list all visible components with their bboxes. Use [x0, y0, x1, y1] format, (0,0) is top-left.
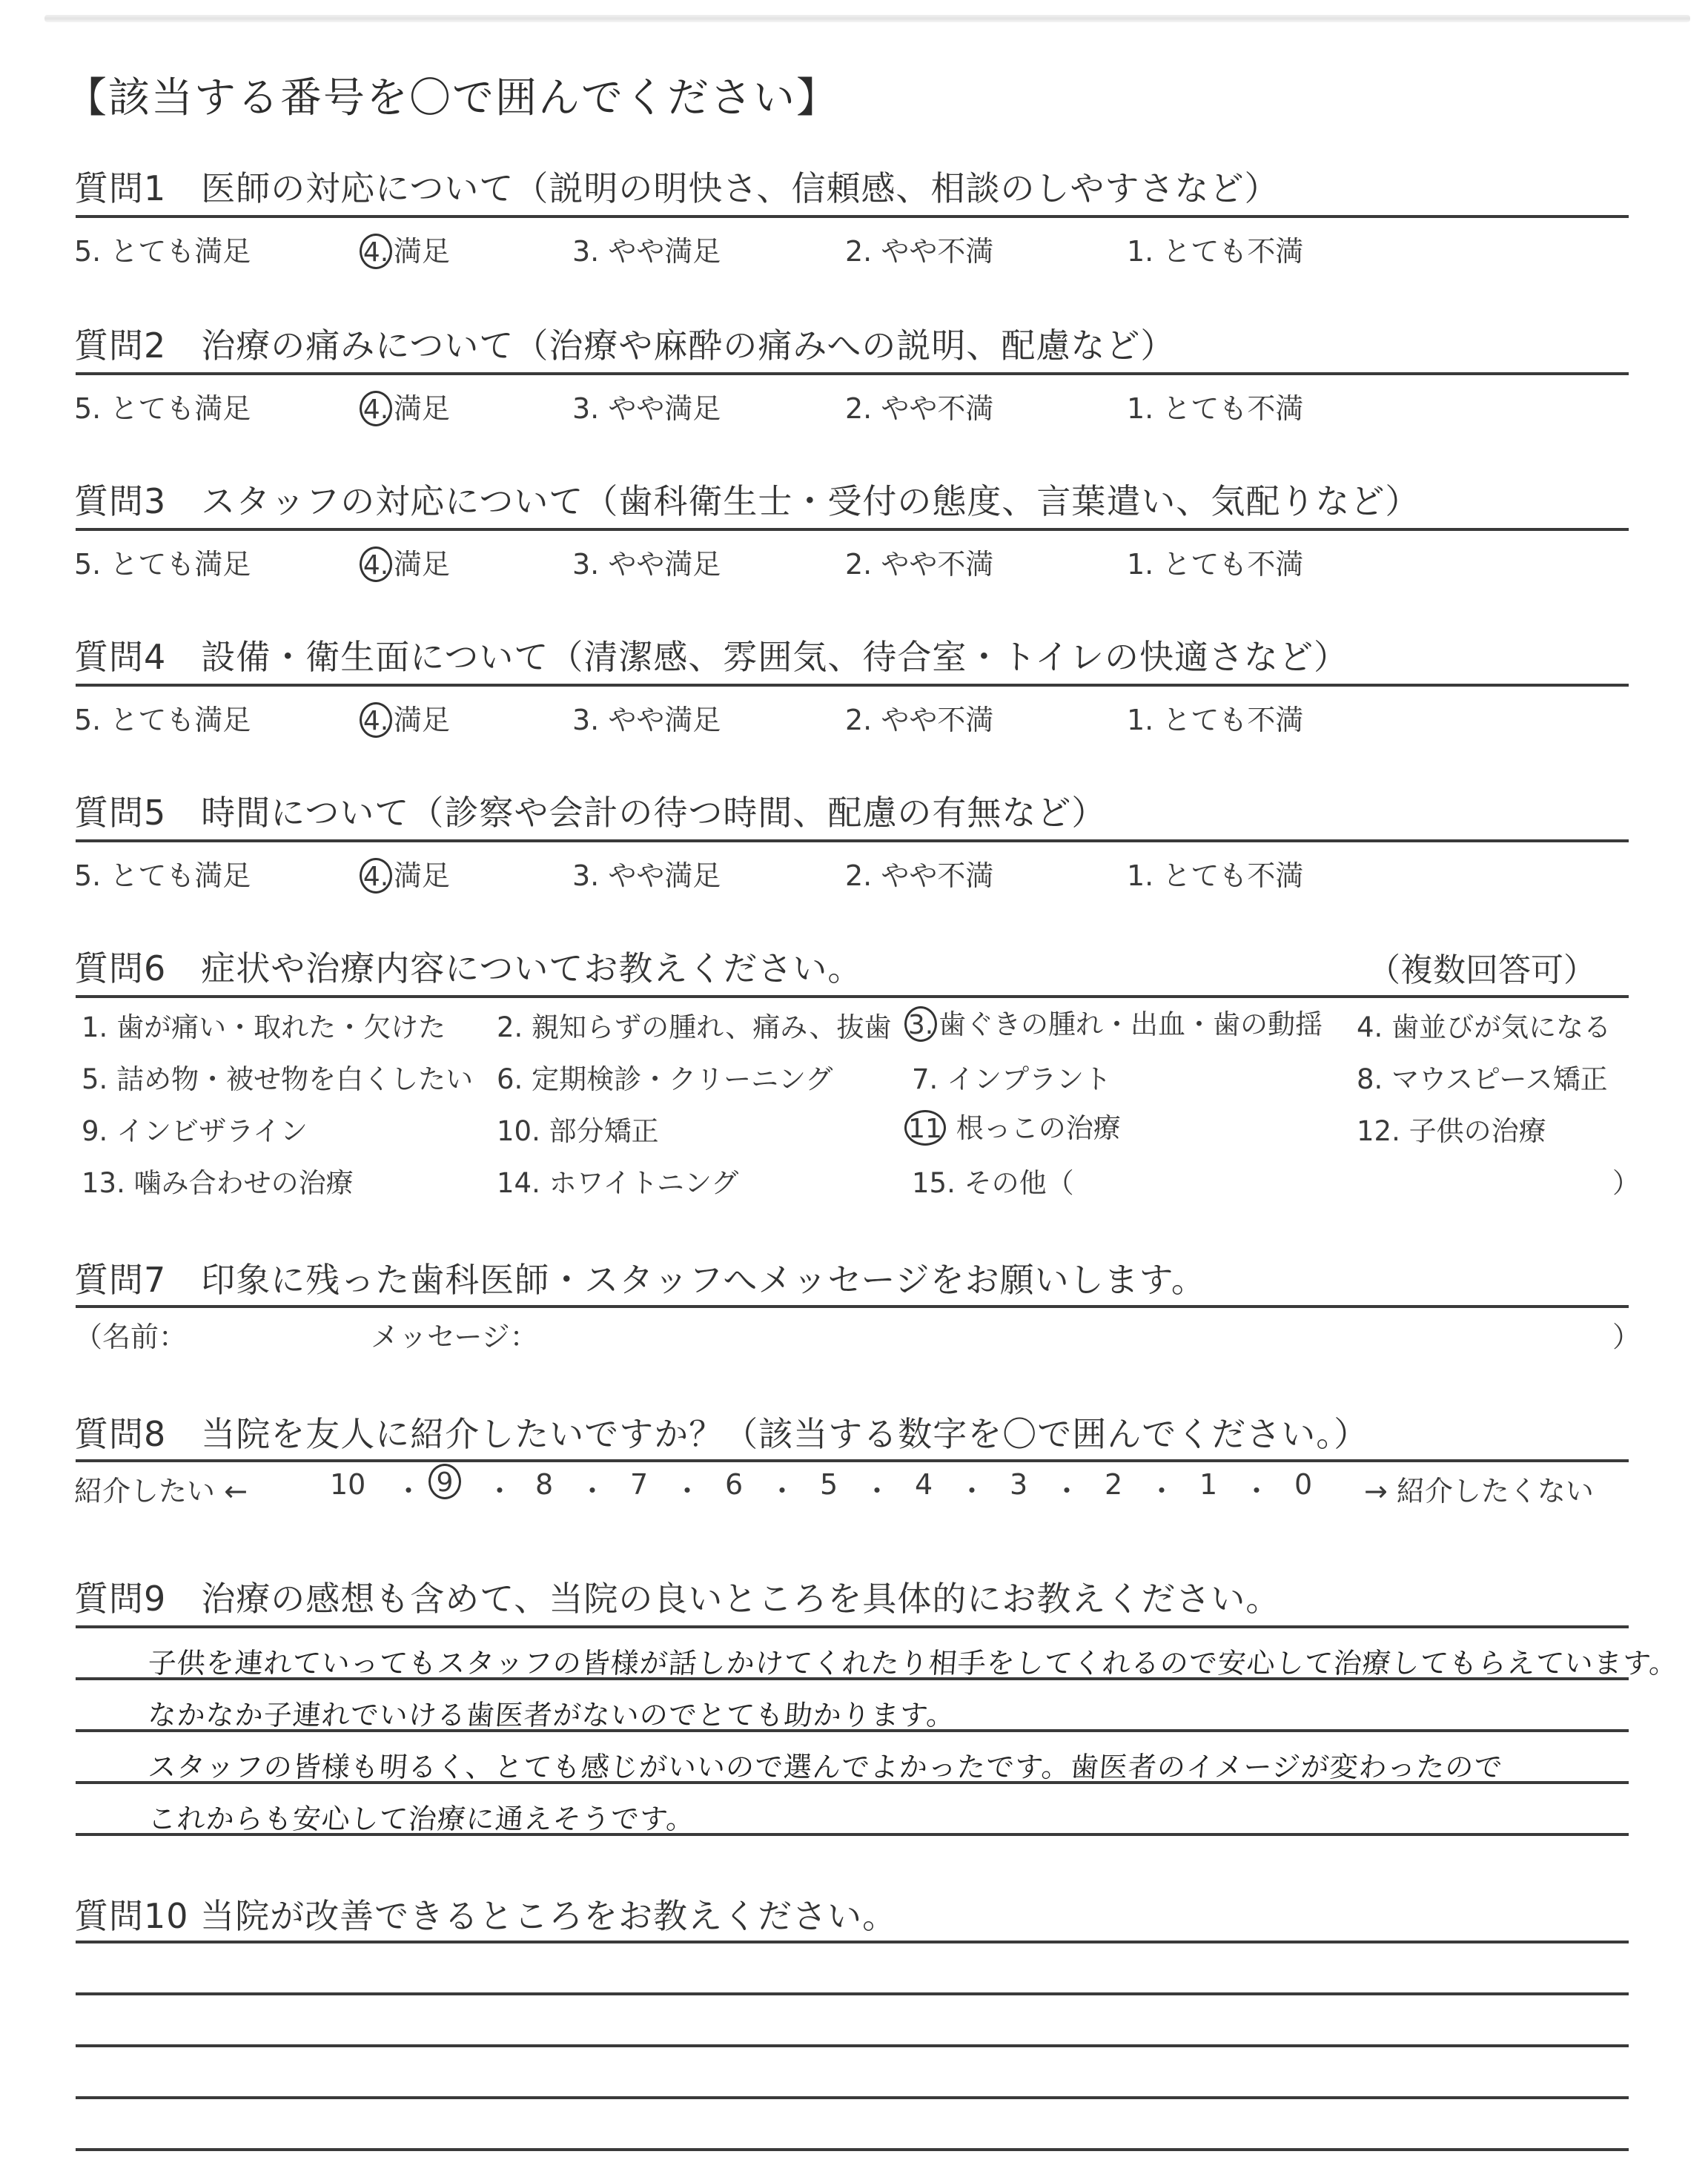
scale-4[interactable]: 4: [915, 1468, 933, 1501]
message-field-label: メッセージ：: [371, 1314, 538, 1355]
answer-line-1[interactable]: [76, 1941, 1629, 1943]
option-1[interactable]: 1. とても不満: [1127, 853, 1303, 894]
q6-option-15-other[interactable]: 15. その他（: [912, 1160, 1074, 1200]
q6-option-9[interactable]: 9. インビザライン: [82, 1109, 308, 1149]
divider: [76, 995, 1629, 998]
handwritten-answer-line-3[interactable]: スタッフの皆様も明るく、とても感じがいいので選んでよかったです。歯医者のイメージ…: [147, 1744, 1505, 1785]
circle-mark: 4.: [360, 391, 392, 426]
scale-1[interactable]: 1: [1199, 1468, 1217, 1501]
option-5[interactable]: 5. とても満足: [74, 697, 251, 738]
circle-mark: 4.: [360, 546, 392, 582]
option-3[interactable]: 3. やや満足: [572, 386, 721, 426]
q6-option-10[interactable]: 10. 部分矯正: [497, 1109, 659, 1149]
option-2[interactable]: 2. やや不満: [845, 541, 993, 582]
option-4-selected[interactable]: 4.満足: [360, 853, 450, 894]
scale-7[interactable]: 7: [630, 1468, 648, 1501]
divider: [76, 215, 1629, 218]
scale-2[interactable]: 2: [1105, 1468, 1122, 1501]
q6-option-7[interactable]: 7. インプラント: [912, 1057, 1111, 1097]
option-2[interactable]: 2. やや不満: [845, 697, 993, 738]
q6-option-4[interactable]: 4. 歯並びが気になる: [1357, 1005, 1611, 1045]
question-7-label: 質問7 印象に残った歯科医師・スタッフへメッセージをお願いします。: [74, 1253, 1206, 1302]
divider: [76, 372, 1629, 375]
scan-edge: [44, 15, 1690, 22]
option-1[interactable]: 1. とても不満: [1127, 697, 1303, 738]
close-paren: ）: [1612, 1314, 1641, 1355]
question-4-label: 質問4 設備・衛生面について（清潔感、雰囲気、待合室・トイレの快適さなど）: [74, 630, 1348, 679]
answer-line: [76, 1625, 1629, 1628]
scale-0[interactable]: 0: [1294, 1468, 1312, 1501]
question-2-label: 質問2 治療の痛みについて（治療や麻酔の痛みへの説明、配慮など）: [74, 319, 1175, 368]
circle-mark: 3.: [904, 1006, 937, 1042]
option-5[interactable]: 5. とても満足: [74, 228, 251, 269]
name-field-label: （名前：: [74, 1314, 187, 1355]
scale-8[interactable]: 8: [535, 1468, 553, 1501]
divider: [76, 528, 1629, 531]
scale-5[interactable]: 5: [820, 1468, 838, 1501]
question-5-label: 質問5 時間について（診察や会計の待つ時間、配慮の有無など）: [74, 786, 1106, 835]
option-5[interactable]: 5. とても満足: [74, 853, 251, 894]
answer-line-3[interactable]: [76, 2044, 1629, 2047]
answer-line: [76, 1729, 1629, 1732]
form-title: 【該当する番号を〇で囲んでください】: [65, 65, 839, 125]
option-4-selected[interactable]: 4.満足: [360, 386, 450, 426]
option-4-selected[interactable]: 4.満足: [360, 228, 450, 269]
option-4-selected[interactable]: 4.満足: [360, 697, 450, 738]
divider: [76, 1459, 1629, 1462]
option-3[interactable]: 3. やや満足: [572, 853, 721, 894]
scale-10[interactable]: 10: [330, 1468, 365, 1501]
answer-line: [76, 1833, 1629, 1836]
scale-left-label: 紹介したい ←: [74, 1468, 248, 1509]
option-1[interactable]: 1. とても不満: [1127, 386, 1303, 426]
other-close-paren: ）: [1612, 1160, 1640, 1200]
option-2[interactable]: 2. やや不満: [845, 853, 993, 894]
circle-mark: 11: [904, 1110, 946, 1146]
q6-option-6[interactable]: 6. 定期検診・クリーニング: [497, 1057, 833, 1097]
option-1[interactable]: 1. とても不満: [1127, 541, 1303, 582]
option-5[interactable]: 5. とても満足: [74, 386, 251, 426]
question-8-label: 質問8 当院を友人に紹介したいですか？（該当する数字を〇で囲んでください。）: [74, 1407, 1368, 1456]
handwritten-answer-line-4[interactable]: これからも安心して治療に通えそうです。: [147, 1796, 697, 1837]
circle-mark: 9: [428, 1464, 461, 1499]
question-3-label: 質問3 スタッフの対応について（歯科衛生士・受付の態度、言葉遣い、気配りなど）: [74, 475, 1420, 524]
scale-right-label: → 紹介したくない: [1364, 1468, 1594, 1509]
handwritten-answer-line-1[interactable]: 子供を連れていってもスタッフの皆様が話しかけてくれたり相手をしてくれるので安心し…: [147, 1640, 1680, 1681]
handwritten-answer-line-2[interactable]: なかなか子連れでいける歯医者がないのでとても助かります。: [147, 1692, 957, 1733]
answer-line-5[interactable]: [76, 2148, 1629, 2151]
answer-line-4[interactable]: [76, 2096, 1629, 2099]
question-6-label: 質問6 症状や治療内容についてお教えください。: [74, 942, 862, 991]
scale-3[interactable]: 3: [1010, 1468, 1027, 1501]
option-2[interactable]: 2. やや不満: [845, 386, 993, 426]
option-1[interactable]: 1. とても不満: [1127, 228, 1303, 269]
option-5[interactable]: 5. とても満足: [74, 541, 251, 582]
option-3[interactable]: 3. やや満足: [572, 541, 721, 582]
question-1-label: 質問1 医師の対応について（説明の明快さ、信頼感、相談のしやすさなど）: [74, 162, 1280, 211]
q6-option-1[interactable]: 1. 歯が痛い・取れた・欠けた: [82, 1005, 446, 1045]
q6-option-3-selected[interactable]: 3.歯ぐきの腫れ・出血・歯の動揺: [904, 1002, 1323, 1042]
q6-option-12[interactable]: 12. 子供の治療: [1357, 1109, 1546, 1149]
q6-option-14[interactable]: 14. ホワイトニング: [497, 1160, 738, 1200]
circle-mark: 4.: [360, 858, 392, 894]
answer-line: [76, 1677, 1629, 1680]
question-9-label: 質問9 治療の感想も含めて、当院の良いところを具体的にお教えください。: [74, 1572, 1280, 1621]
option-3[interactable]: 3. やや満足: [572, 228, 721, 269]
multiple-answers-note: （複数回答可）: [1368, 943, 1596, 991]
answer-line-2[interactable]: [76, 1992, 1629, 1995]
divider: [76, 839, 1629, 842]
divider: [76, 1305, 1629, 1308]
q6-option-11-selected[interactable]: 11 根っこの治療: [904, 1106, 1121, 1146]
option-3[interactable]: 3. やや満足: [572, 697, 721, 738]
scale-6[interactable]: 6: [725, 1468, 743, 1501]
option-4-selected[interactable]: 4.満足: [360, 541, 450, 582]
circle-mark: 4.: [360, 234, 392, 269]
q6-option-13[interactable]: 13. 噛み合わせの治療: [82, 1160, 354, 1200]
option-2[interactable]: 2. やや不満: [845, 228, 993, 269]
question-10-label: 質問10 当院が改善できるところをお教えください。: [74, 1889, 897, 1938]
q6-option-2[interactable]: 2. 親知らずの腫れ、痛み、抜歯: [497, 1005, 892, 1045]
answer-line: [76, 1781, 1629, 1784]
circle-mark: 4.: [360, 702, 392, 738]
divider: [76, 684, 1629, 687]
q6-option-5[interactable]: 5. 詰め物・被せ物を白くしたい: [82, 1057, 473, 1097]
q6-option-8[interactable]: 8. マウスピース矯正: [1357, 1057, 1608, 1097]
